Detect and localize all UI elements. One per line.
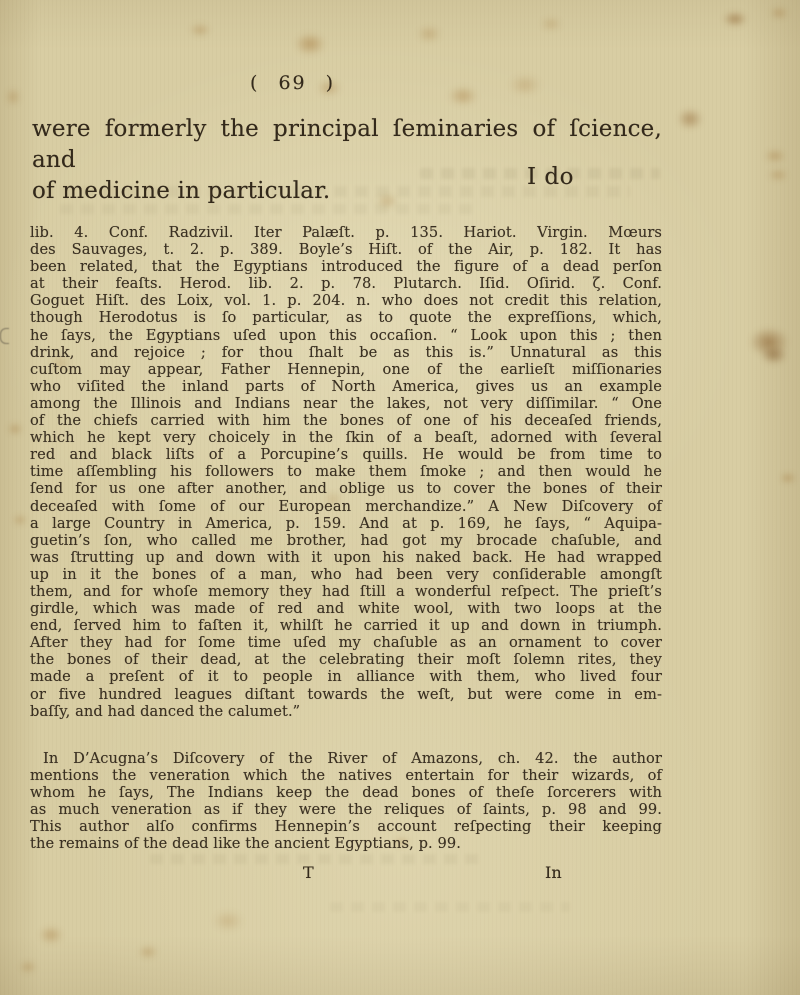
footnote-line: mentions the veneration which the native… (30, 767, 662, 784)
footnote-line: time aſſembling his followers to make th… (30, 463, 662, 480)
footnote-line: In D’Acugna’s Diſcovery of the River of … (30, 750, 662, 767)
footnote-line: though Herodotus is ſo particular, as to… (30, 309, 662, 326)
footnote-line: was ſtrutting up and down with it upon h… (30, 549, 662, 566)
bleed-through (150, 854, 480, 864)
footnote-line: After they had for ſome time uſed my cha… (30, 634, 662, 651)
body-text: were formerly the principal ſeminaries o… (32, 114, 662, 207)
foxing-stain (756, 342, 792, 368)
footnote-line: made a preſent of it to people in allian… (30, 668, 662, 685)
footnote-line: whom he ſays, The Indians keep the dead … (30, 784, 662, 801)
footnote-line: baſſy, and had danced the calumet.” (30, 703, 662, 720)
footnote-line: at their feaſts. Herod. lib. 2. p. 78. P… (30, 275, 662, 292)
footnote-line: lib. 4. Conf. Radzivil. Iter Palæſt. p. … (30, 224, 662, 241)
foxing-stain (206, 906, 250, 936)
foxing-stain (766, 4, 792, 22)
foxing-stain (442, 82, 484, 110)
footnote-line: them, and for whoſe memory they had ſtil… (30, 583, 662, 600)
foxing-stain (10, 512, 30, 528)
foxing-stain (34, 922, 68, 948)
footnote-line: as much veneration as if they were the r… (30, 801, 662, 818)
footnote-line: red and black liſts of a Porcupine’s qui… (30, 446, 662, 463)
footnote-line: drink, and rejoice ; for thou ſhalt be a… (30, 344, 662, 361)
footnote-line: girdle, which was made of red and white … (30, 600, 662, 617)
foxing-stain (134, 942, 162, 962)
foxing-stain (760, 146, 790, 166)
catchword-mid: I do (527, 164, 574, 190)
signature-mark: T (303, 863, 314, 882)
foxing-stain (502, 70, 548, 100)
foxing-stain (776, 470, 800, 486)
footnote-line: of the chiefs carried with him the bones… (30, 412, 662, 429)
catchword-bottom: In (545, 863, 562, 882)
footnote-block: lib. 4. Conf. Radzivil. Iter Palæſt. p. … (30, 224, 662, 720)
foxing-stain (16, 958, 40, 976)
footnote-line: or five hundred leagues diſtant towards … (30, 686, 662, 703)
footnote-line: deceaſed with ſome of our European merch… (30, 498, 662, 515)
footnote-line: among the Illinois and Indians near the … (30, 395, 662, 412)
foxing-stain (764, 166, 792, 184)
footnote-line: Goguet Hiſt. des Loix, vol. 1. p. 204. n… (30, 292, 662, 309)
footnote-line: This author alſo confirms Hennepin’s acc… (30, 818, 662, 835)
footnote-line: a large Country in America, p. 159. And … (30, 515, 662, 532)
footnote-paragraph-2: In D’Acugna’s Diſcovery of the River of … (30, 750, 662, 853)
foxing-stain (412, 22, 446, 46)
footnote-line: up in it the bones of a man, who had bee… (30, 566, 662, 583)
foxing-stain (185, 20, 215, 40)
footnote-line: been related, that the Egyptians introdu… (30, 258, 662, 275)
foxing-stain (742, 322, 796, 362)
footnote-line: guetin’s ſon, who called me brother, had… (30, 532, 662, 549)
footnote-line: the bones of their dead, at the celebrat… (30, 651, 662, 668)
footnote-line: cuſtom may appear, Father Hennepin, one … (30, 361, 662, 378)
footnote-line: which he kept very choicely in the ſkin … (30, 429, 662, 446)
bleed-through (330, 902, 570, 912)
footnote-line: des Sauvages, t. 2. p. 389. Boyle’s Hiſt… (30, 241, 662, 258)
foxing-stain (288, 28, 332, 60)
page-number: ( 69 ) (250, 72, 335, 94)
foxing-stain (4, 420, 26, 438)
edge-mark (0, 328, 9, 344)
foxing-stain (718, 8, 752, 30)
footnote-line: the remains of the dead like the ancient… (30, 835, 662, 852)
footnote-line: who viſited the inland parts of North Am… (30, 378, 662, 395)
book-page-scan: ( 69 ) were formerly the principal ſemin… (0, 0, 800, 995)
foxing-stain (672, 104, 708, 134)
footnote-line: he ſays, the Egyptians uſed upon this oc… (30, 327, 662, 344)
footnote-line: ſend for us one after another, and oblig… (30, 480, 662, 497)
footnote-line: end, ſerved him to faſten it, whilſt he … (30, 617, 662, 634)
foxing-stain (536, 14, 566, 34)
foxing-stain (2, 84, 24, 110)
